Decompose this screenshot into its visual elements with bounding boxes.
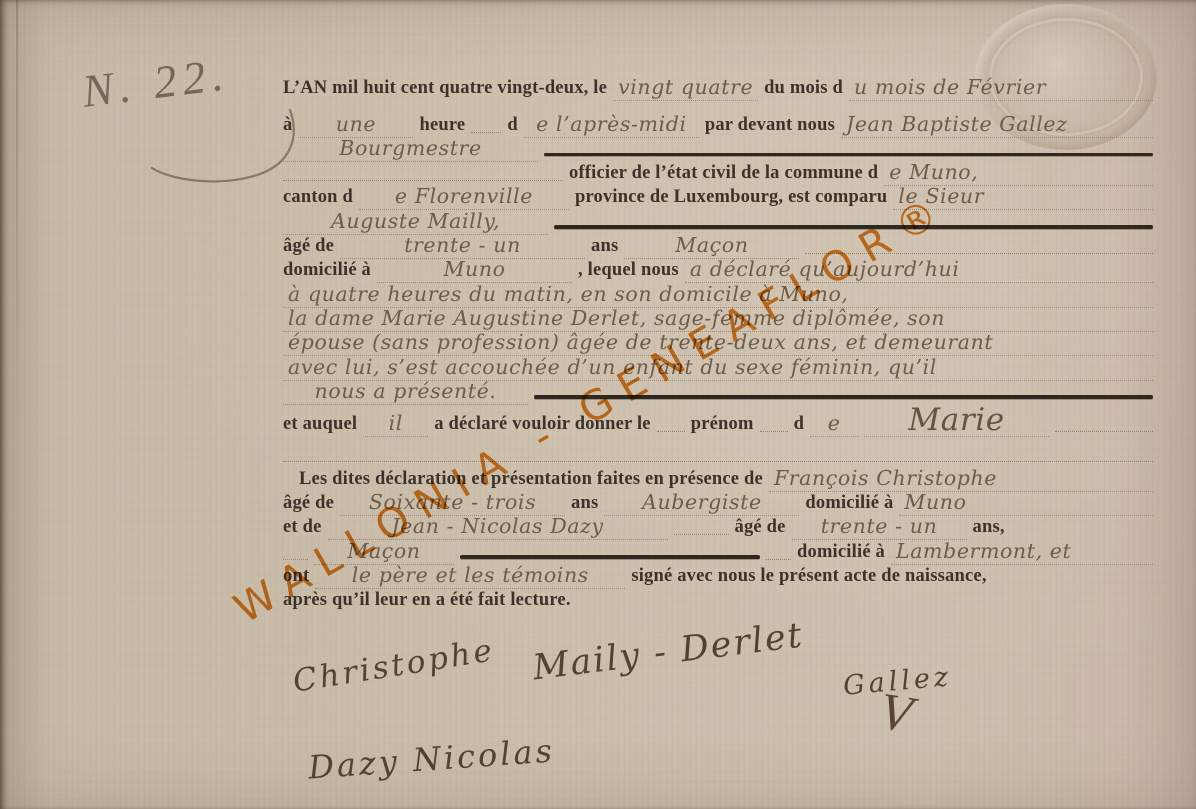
printed-text: et auquel [283,414,357,435]
act-lines: L’AN mil huit cent quatre vingt-deux, le… [283,77,1153,613]
dotted-leader [760,429,788,432]
handwritten-entry: une [298,112,413,138]
printed-text: canton d [283,187,353,208]
act-number: N. 22. [79,47,232,118]
dotted-leader [805,251,1153,254]
handwritten-entry: avec lui, s’est accouchée d’un enfant du… [283,355,1153,381]
act-line: âgé detrente - unansMaçon [283,235,1153,259]
handwritten-entry: à quatre heures du matin, en son domicil… [283,282,1153,308]
printed-text: domicilié à [283,260,371,281]
act-line: et auquelila déclaré vouloir donner lepr… [283,413,1153,437]
printed-text: ans, [973,517,1005,538]
dotted-leader [471,130,501,133]
printed-text: domicilié à [805,493,893,514]
printed-text: par devant nous [705,115,835,136]
printed-text: , lequel nous [578,260,679,281]
printed-text: âgé de [283,493,334,514]
signature-father-maily-derlet: Maily - Derlet [531,616,806,689]
handwritten-entry: Lambermont, et [891,539,1153,565]
handwritten-entry: Jean Baptiste Gallez [841,112,1153,138]
signature-witness-dazy: Dazy Nicolas [307,731,556,786]
handwritten-entry: Maçon [624,233,799,259]
act-line: L’AN mil huit cent quatre vingt-deux, le… [283,77,1153,101]
printed-text: a déclaré vouloir donner le [434,414,650,435]
signature-witness-christophe: Christophe [290,632,497,699]
handwritten-entry: il [363,411,428,437]
act-line: Auguste Mailly, [283,210,1153,234]
printed-text: ont [283,566,309,587]
act-line: à quatre heures du matin, en son domicil… [283,283,1153,307]
dotted-leader [1055,429,1153,432]
ink-rule [460,555,760,558]
paper-fold-line [16,0,18,445]
dotted-leader [283,459,1153,462]
printed-text: à [283,115,292,136]
act-line: Bourgmestre [283,138,1153,162]
act-line: âgé deSoixante - troisansAubergistedomic… [283,492,1153,516]
act-line [283,443,1153,467]
printed-text: d [794,414,805,435]
act-line: domicilié àMuno, lequel nousa déclaré qu… [283,259,1153,283]
act-line: nous a présenté. [283,381,1153,405]
dotted-leader [283,557,308,560]
act-line: la dame Marie Augustine Derlet, sage-fem… [283,308,1153,332]
handwritten-entry: Marie [864,407,1049,437]
handwritten-entry: Bourgmestre [283,136,538,162]
printed-text: ans [571,493,598,514]
printed-text: domicilié à [797,542,885,563]
act-line: et deJean - Nicolas Dazyâgé detrente - u… [283,516,1153,540]
printed-text: âgé de [735,517,786,538]
act-line: Les dites déclaration et présentation fa… [283,467,1153,491]
printed-text: province de Luxembourg, est comparu [575,187,887,208]
handwritten-entry: e [810,411,858,437]
act-line: ontle père et les témoinssigné avec nous… [283,565,1153,589]
printed-text: d [507,115,518,136]
handwritten-entry: e l’après-midi [524,112,699,138]
printed-text: officier de l’état civil de la commune d [569,163,878,184]
handwritten-entry: e Florenville [359,184,569,210]
handwritten-entry: Aubergiste [604,490,799,516]
handwritten-entry: u mois de Février [849,75,1153,101]
act-line: Maçondomicilié àLambermont, et [283,540,1153,564]
handwritten-entry: le père et les témoins [315,563,625,589]
handwritten-entry: François Christophe [769,466,1153,492]
act-line: canton de Florenvilleprovince de Luxembo… [283,186,1153,210]
printed-text: ans [591,236,618,257]
handwritten-entry: trente - un [340,233,585,259]
handwritten-entry: Muno [899,490,1153,516]
ink-rule [554,225,1153,228]
printed-text: âgé de [283,236,334,257]
act-line: après qu’il leur en a été fait lecture. [283,589,1153,613]
handwritten-entry: vingt quatre [613,75,758,101]
printed-text: Les dites déclaration et présentation fa… [299,469,763,490]
printed-text: signé avec nous le présent acte de naiss… [631,566,986,587]
handwritten-entry: Jean - Nicolas Dazy [328,514,668,540]
act-line: épouse (sans profession) âgée de trente-… [283,332,1153,356]
act-line: àuneheurede l’après-midipar devant nousJ… [283,113,1153,137]
act-line: officier de l’état civil de la commune d… [283,162,1153,186]
handwritten-entry: a déclaré qu’aujourd’hui [685,257,1153,283]
handwritten-entry: Muno [377,257,572,283]
dotted-leader [766,557,791,560]
printed-text: et de [283,517,322,538]
dotted-leader [657,429,685,432]
ink-rule [534,395,1153,398]
handwritten-entry: la dame Marie Augustine Derlet, sage-fem… [283,306,1153,332]
dotted-leader [283,178,563,181]
handwritten-entry: Soixante - trois [340,490,565,516]
printed-text: L’AN mil huit cent quatre vingt-deux, le [283,78,607,99]
ink-rule [544,153,1153,156]
dotted-leader [674,532,729,535]
document-page: N. 22. L’AN mil huit cent quatre vingt-d… [0,0,1196,809]
handwritten-entry: nous a présenté. [283,379,528,405]
handwritten-entry: Maçon [314,539,454,565]
handwritten-entry: épouse (sans profession) âgée de trente-… [283,330,1153,356]
printed-text: heure [419,115,465,136]
handwritten-entry: trente - un [792,514,967,540]
act-line: avec lui, s’est accouchée d’un enfant du… [283,356,1153,380]
printed-text: après qu’il leur en a été fait lecture. [283,590,571,611]
handwritten-entry: le Sieur [893,184,1153,210]
printed-text: du mois d [764,78,843,99]
handwritten-entry: Auguste Mailly, [283,209,548,235]
printed-text: prénom [691,414,754,435]
handwritten-entry: e Muno, [884,160,1153,186]
